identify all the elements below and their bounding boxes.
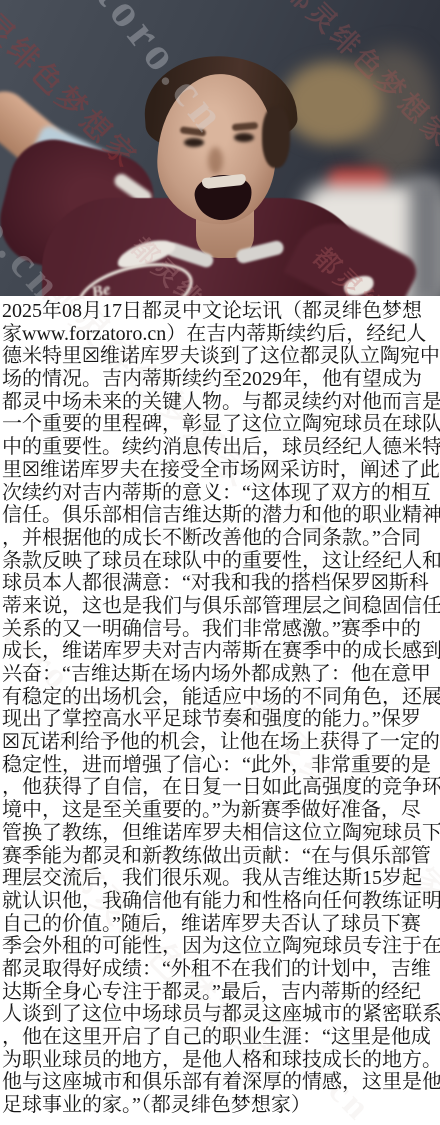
article-line: ，他在这里开启了自己的职业生涯：“这里是他成 — [2, 1026, 439, 1049]
article-line: 他与这座城市和俱乐部有着深厚的情感，这里是他 — [2, 1071, 439, 1094]
article-text: 2025年08月17日都灵中文论坛讯（都灵绯色梦想家www.forzatoro.… — [2, 300, 439, 1117]
article-line: 就认识他，我确信他有能力和性格向任何教练证明 — [2, 890, 439, 913]
article-line: 足球事业的家。”（都灵绯色梦想家） — [2, 1094, 439, 1117]
article-line: ，他获得了自信，在日复一日如此高强度的竞争环 — [2, 776, 439, 799]
article-line: 条款反映了球员在球队中的重要性，这让经纪人和 — [2, 550, 439, 573]
article-line: ☒瓦诺利给予他的机会，让他在场上获得了一定的 — [2, 731, 439, 754]
article-line: 稳定性，进而增强了信心：“此外，非常重要的是 — [2, 754, 439, 777]
article-line: 2025年08月17日都灵中文论坛讯（都灵绯色梦想 — [2, 300, 439, 323]
article-line: 现出了掌控高水平足球节奏和强度的能力。”保罗 — [2, 708, 439, 731]
article-line: 成长，维诺库罗夫对吉内蒂斯在赛季中的成长感到 — [2, 640, 439, 663]
article-line: 理层交流后，我们很乐观。我从吉维达斯15岁起 — [2, 867, 439, 890]
article-line: 关系的又一明确信号。我们非常感激。”赛季中的 — [2, 618, 439, 641]
article-body: 都灵绯色梦想家 toro.cn toro.cn 都灵绯色梦想家 都灵绯色梦想家 … — [0, 296, 440, 1125]
player-celebration-photo: Be 都灵绯色梦想家 toro.cn 都灵绯色梦想家 toro.cn 都灵绯色梦… — [0, 0, 440, 296]
sponsor-text: Be — [89, 279, 112, 296]
article-line: 一个重要的里程碑，彰显了这位立陶宛球员在球队 — [2, 413, 439, 436]
article-line: 管换了教练，但维诺库罗夫相信这位立陶宛球员下 — [2, 822, 439, 845]
article-line: 人谈到了这位中场球员与都灵这座城市的紧密联系 — [2, 1003, 439, 1026]
article-line: 有稳定的出场机会，能适应中场的不同角色，还展 — [2, 686, 439, 709]
article-line: 里☒维诺库罗夫在接受全市场网采访时，阐述了此 — [2, 459, 439, 482]
player-right-eye — [234, 133, 254, 142]
article-line: 场的情况。吉内蒂斯续约至2029年，他有望成为 — [2, 368, 439, 391]
article-line: 次续约对吉内蒂斯的意义：“这体现了双方的相互 — [2, 482, 439, 505]
article-page: Be 都灵绯色梦想家 toro.cn 都灵绯色梦想家 toro.cn 都灵绯色梦… — [0, 0, 440, 1125]
article-line: 自己的价值。”随后，维诺库罗夫否认了球员下赛 — [2, 913, 439, 936]
article-line: 达斯全身心专注于都灵。”最后，吉内蒂斯的经纪 — [2, 981, 439, 1004]
article-line: 赛季能为都灵和新教练做出贡献：“在与俱乐部管 — [2, 845, 439, 868]
article-line: 家www.forzatoro.cn）在吉内蒂斯续约后，经纪人 — [2, 323, 439, 346]
article-line: 境中，这是至关重要的。”为新赛季做好准备，尽 — [2, 799, 439, 822]
blurred-opponent-hair — [282, 62, 382, 144]
article-line: 都灵中场未来的关键人物。与都灵续约对他而言是 — [2, 391, 439, 414]
article-line: 球员本人都很满意：“对我和我的搭档保罗☒斯科 — [2, 572, 439, 595]
player-left-eye — [184, 138, 204, 147]
article-line: 为职业球员的地方，是他人格和球技成长的地方。 — [2, 1049, 439, 1072]
article-line: 都灵取得好成绩：“外租不在我们的计划中，吉维 — [2, 958, 439, 981]
article-line: 季会外租的可能性，因为这位立陶宛球员专注于在 — [2, 935, 439, 958]
player-hair-side — [262, 106, 290, 168]
article-line: 德米特里☒维诺库罗夫谈到了这位都灵队立陶宛中 — [2, 345, 439, 368]
article-line: ，并根据他的成长不断改善他的合同条款。”合同 — [2, 527, 439, 550]
player-nose-shadow — [208, 147, 223, 174]
article-line: 兴奋：“吉维达斯在场内场外都成熟了：他在意甲 — [2, 663, 439, 686]
article-line: 信任。俱乐部相信吉维达斯的潜力和他的职业精神 — [2, 504, 439, 527]
article-line: 蒂来说，这也是我们与俱乐部管理层之间稳固信任 — [2, 595, 439, 618]
article-line: 中的重要性。续约消息传出后，球员经纪人德米特 — [2, 436, 439, 459]
